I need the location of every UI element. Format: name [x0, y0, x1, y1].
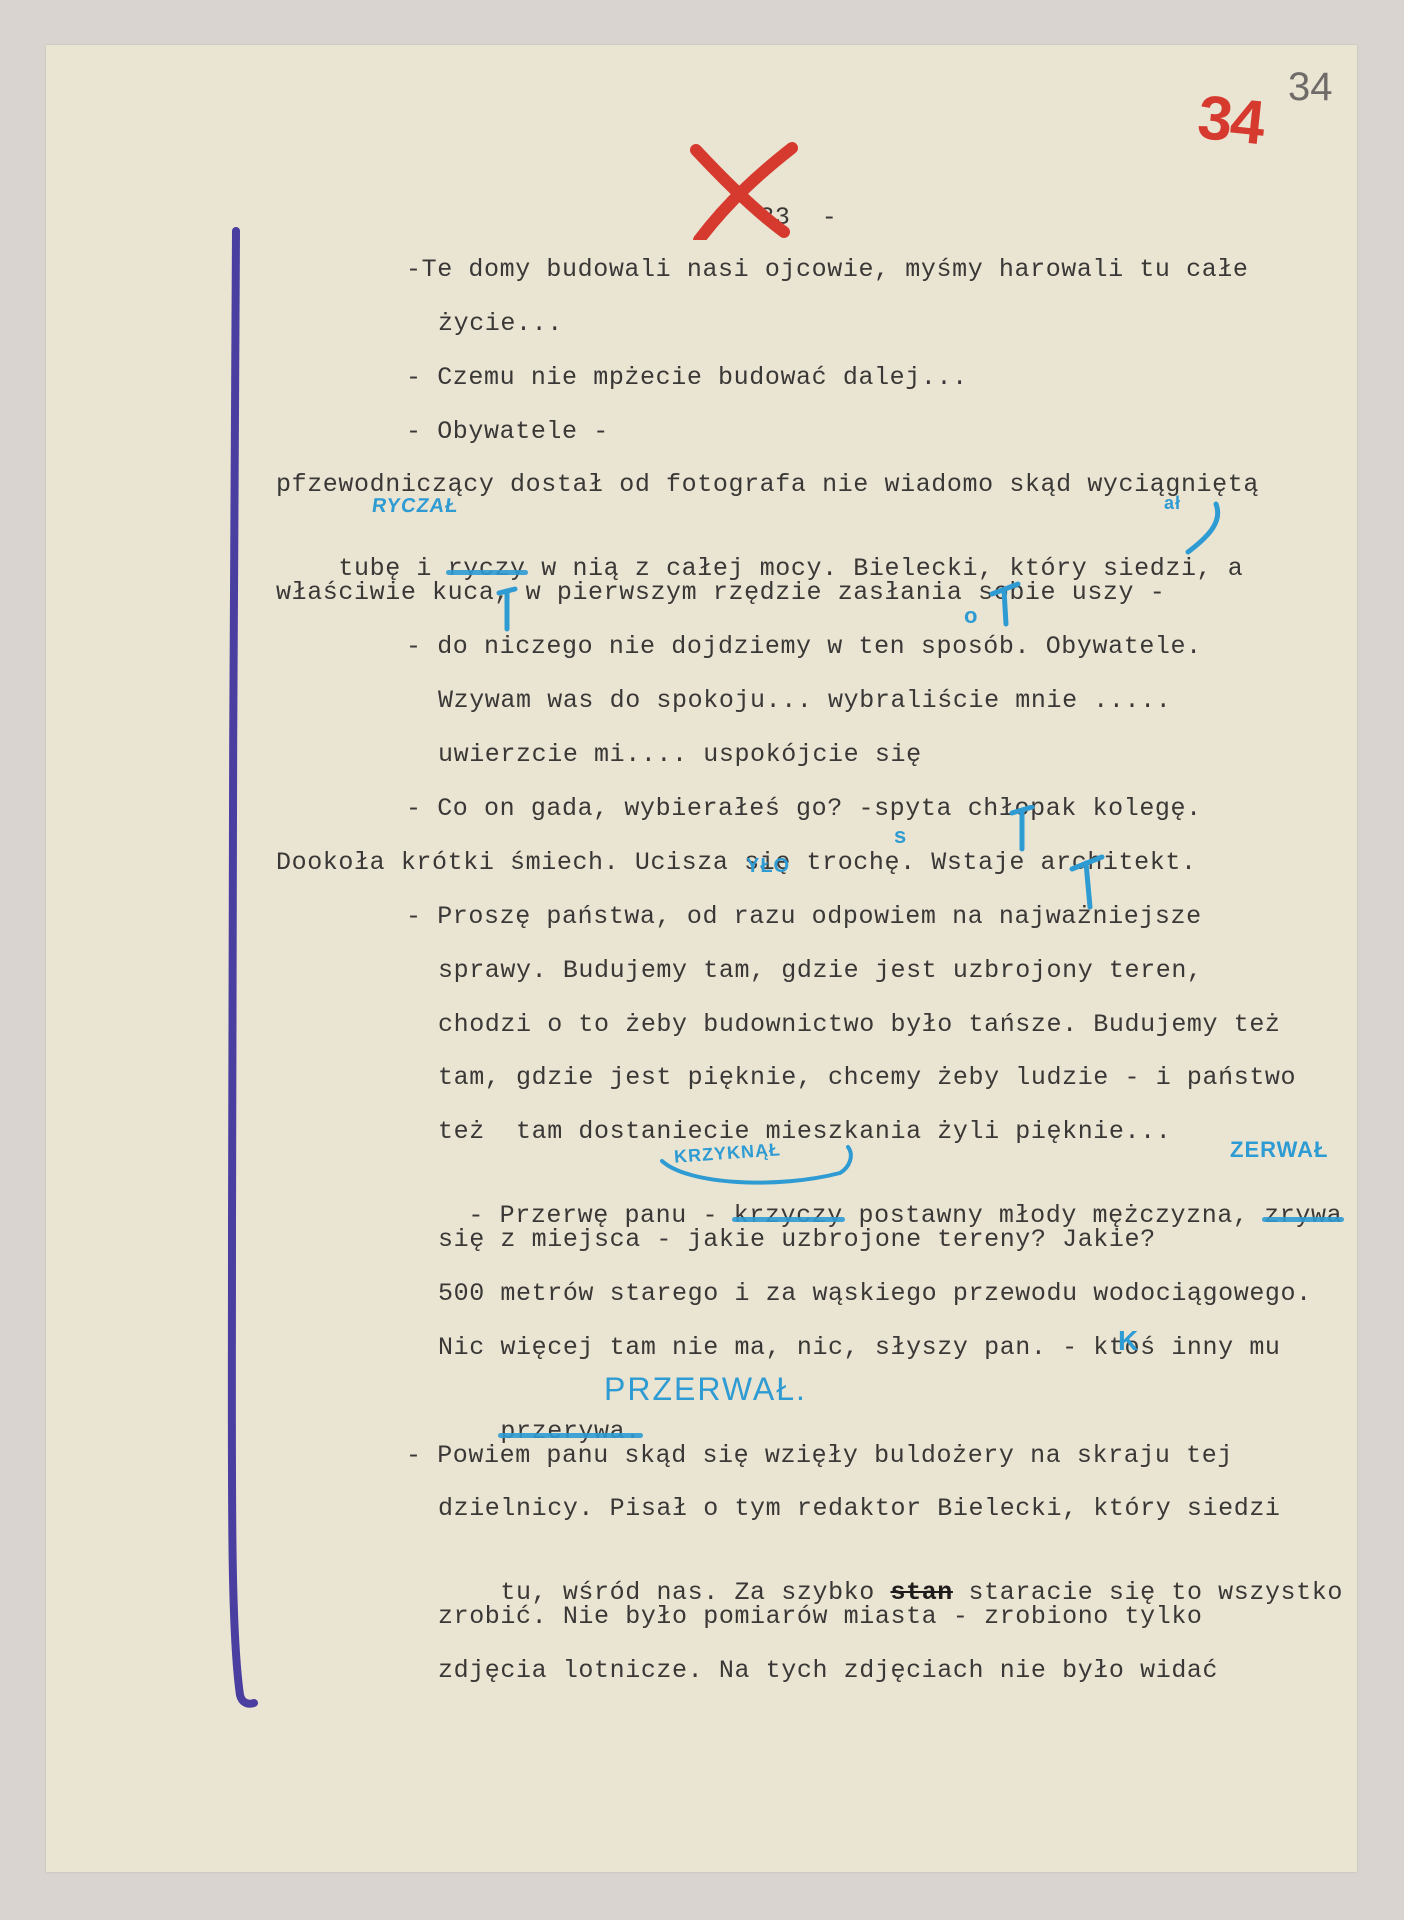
- line-24: dzielnicy. Pisał o tym redaktor Bielecki…: [438, 1494, 1281, 1524]
- insertion-caret-icon: [1008, 805, 1038, 855]
- annotation-ylo: YŁO: [746, 855, 790, 878]
- annotation-al: ał: [1164, 493, 1181, 514]
- line-2: życie...: [438, 309, 563, 339]
- page-number-dash-right: -: [822, 203, 838, 232]
- insertion-caret-icon: [1068, 853, 1108, 913]
- line-11: - Co on gada, wybierałeś go? -spyta chło…: [406, 794, 1202, 824]
- line-4: - Obywatele -: [406, 417, 609, 447]
- line-9: Wzywam was do spokoju... wybraliście mni…: [438, 686, 1171, 716]
- line-7: właściwie kuca, w pierwszym rzędzie zasł…: [276, 578, 1165, 608]
- purple-margin-line: [222, 225, 262, 1715]
- line-26: zrobić. Nie było pomiarów miasta - zrobi…: [438, 1602, 1203, 1632]
- line-21: Nic więcej tam nie ma, nic, słyszy pan. …: [438, 1333, 1281, 1363]
- red-page-number: 34: [1194, 82, 1266, 159]
- line-14: sprawy. Budujemy tam, gdzie jest uzbrojo…: [438, 956, 1203, 986]
- line-19: się z miejsca - jakie uzbrojone tereny? …: [438, 1225, 1156, 1255]
- line-12: Dookoła krótki śmiech. Ucisza się trochę…: [276, 848, 1197, 878]
- annotation-przerwal: PRZERWAŁ.: [604, 1371, 807, 1408]
- insertion-caret-icon: [986, 580, 1026, 630]
- line-1: -Te domy budowali nasi ojcowie, myśmy ha…: [406, 255, 1249, 285]
- line-3: - Czemu nie mpżecie budować dalej...: [406, 363, 968, 393]
- struck-word-zrywa: zrywa: [1264, 1201, 1342, 1230]
- line-27: zdjęcia lotnicze. Na tych zdjęciach nie …: [438, 1656, 1218, 1686]
- line-20: 500 metrów starego i za wąskiego przewod…: [438, 1279, 1312, 1309]
- line-16: tam, gdzie jest pięknie, chcemy żeby lud…: [438, 1063, 1296, 1093]
- insertion-mark-icon: [1176, 500, 1236, 560]
- pencil-page-number: 34: [1288, 65, 1333, 110]
- line-15: chodzi o to żeby budownictwo było tańsze…: [438, 1010, 1281, 1040]
- red-cross-out-icon: [674, 100, 814, 240]
- typescript-page: 34 34 - 33 - -Te domy budowali nasi ojco…: [46, 45, 1357, 1872]
- insertion-caret-icon: [493, 585, 523, 635]
- line-23: - Powiem panu skąd się wzięły buldożery …: [406, 1441, 1233, 1471]
- annotation-k-capital: K: [1118, 1325, 1139, 1357]
- bracket-mark-icon: [658, 1143, 858, 1193]
- annotation-s-overwrite: s: [894, 823, 907, 849]
- annotation-zerwal: ZERWAŁ: [1230, 1137, 1328, 1163]
- annotation-ryczal: RYCZAŁ: [370, 495, 460, 518]
- line-10: uwierzcie mi.... uspokójcie się: [438, 740, 922, 770]
- line-8: - do niczego nie dojdziemy w ten sposób.…: [406, 632, 1202, 662]
- annotation-o-overwrite: o: [964, 603, 978, 629]
